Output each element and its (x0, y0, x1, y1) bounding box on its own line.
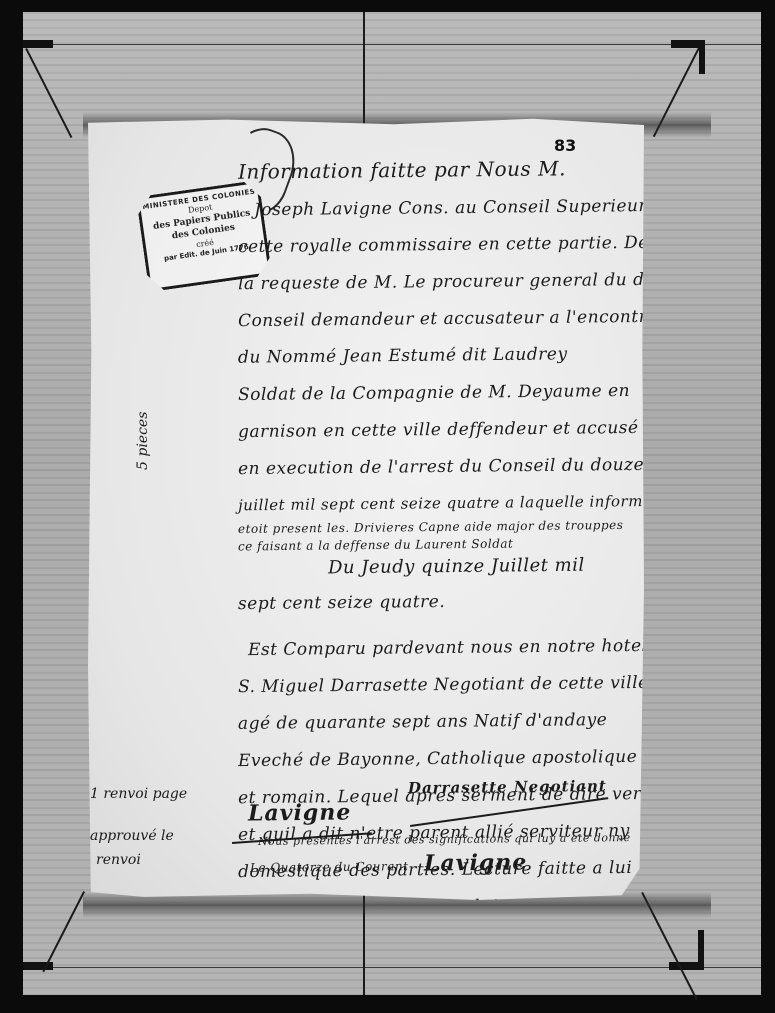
body-line: agé de quarante sept ans Natif d'andaye (238, 710, 607, 734)
signature-judge-1: Lavigne (248, 799, 352, 826)
body-line: du Nommé Jean Estumé dit Laudrey (238, 344, 568, 367)
margin-note-renvoi-2: renvoi (96, 852, 141, 868)
body-line: juillet mil sept cent seize quatre a laq… (238, 492, 684, 515)
body-line: la requeste de M. Le procureur general d… (238, 270, 658, 294)
signature-witness: Darrasette Negotiant (408, 777, 607, 797)
body-line: Soldat de la Compagnie de M. Deyaume en (238, 381, 630, 405)
body-line: en execution de l'arrest du Conseil du d… (238, 455, 644, 479)
margin-note-approuve: approuvé le (90, 828, 174, 844)
corner-mark-top-right-v (699, 40, 705, 74)
date-heading: Du Jeudy quinze Juillet mil (328, 555, 585, 579)
corner-mark-bottom-right (669, 962, 701, 970)
body-line: Est Comparu pardevant nous en notre hote… (248, 636, 648, 660)
corner-mark-top-left (23, 40, 53, 48)
body-line: Information faitte par Nous M. (238, 156, 566, 183)
signature-judge-2: Lavigne (424, 849, 528, 876)
margin-note-pieces: 5 pieces (135, 412, 151, 470)
body-line: cette royalle commissaire en cette parti… (238, 233, 649, 257)
board-guide-line-top (23, 44, 761, 45)
body-line: Conseil demandeur et accusateur a l'enco… (238, 307, 658, 331)
closing-line-2: Le Quatorze du Courant (250, 859, 409, 875)
body-line: Joseph Lavigne Cons. au Conseil Superieu… (254, 196, 675, 220)
corner-mark-bottom-right-v (698, 930, 704, 970)
margin-note-renvoi: 1 renvoi page (90, 786, 187, 802)
frame-diagonal-bottom-left (42, 891, 85, 972)
body-line: garnison en cette ville deffendeur et ac… (238, 418, 639, 442)
body-line: Eveché de Bayonne, Catholique apostoliqu… (238, 747, 637, 771)
body-line: sept cent seize quatre. (238, 592, 445, 614)
body-line: S. Miguel Darrasette Negotiant de cette … (238, 673, 649, 697)
page-number: 83 (554, 136, 576, 155)
frame-diagonal-top-left (25, 48, 72, 138)
body-line-interlinear: etoit present les. Drivieres Capne aide … (238, 518, 624, 536)
body-line-interlinear: ce faisant a la deffense du Laurent Sold… (238, 537, 513, 554)
board-guide-line-bottom (23, 967, 761, 968)
